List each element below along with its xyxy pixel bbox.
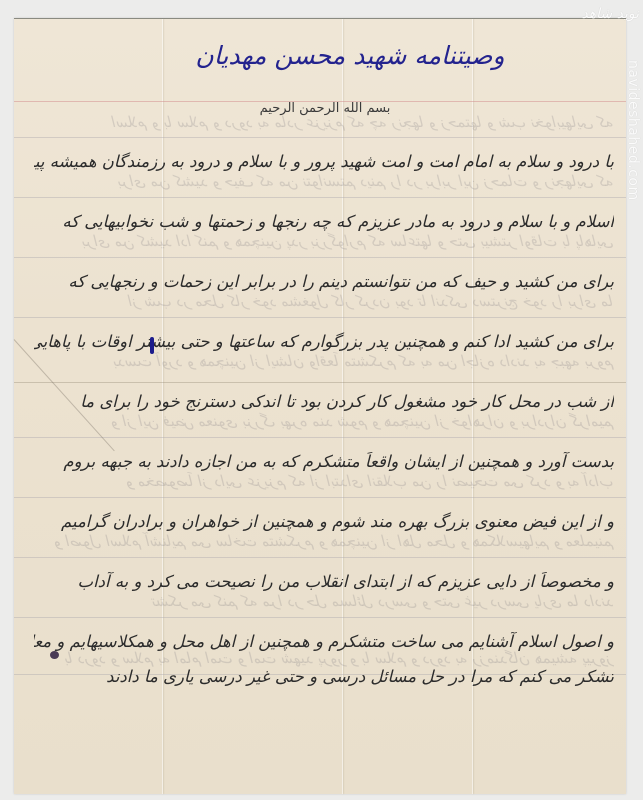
bleed-through-text: و مخصوصاً از دایی عزیزم که از ابتدای انق… [32, 472, 614, 490]
ruled-line [14, 557, 626, 558]
bleed-through-text: از شب در محل کار خود مشغول کار کردن بود … [32, 292, 614, 310]
watermark-logo: نوید شاهد [581, 6, 639, 22]
letter-line-9: و اصول اسلام آشنایم می ساخت متشکرم و همچ… [34, 632, 614, 651]
ink-blot [150, 337, 154, 354]
bleed-through-text: اسلام و با سلام و درود به مادر عزیزم که … [32, 113, 614, 131]
paper-fold [14, 382, 626, 383]
ruled-line [14, 437, 626, 438]
letter-line-10: تشکر می کنم که مرا در حل مسائل درسی و حت… [34, 667, 614, 686]
letter-line-2: اسلام و با سلام و درود به مادر عزیزم که … [34, 212, 614, 231]
ruled-line [14, 257, 626, 258]
letter-line-8: و مخصوصاً از دایی عزیزم که از ابتدای انق… [34, 572, 614, 591]
bleed-through-text: بدست آورد و همچنین از ایشان واقعاً متشکر… [32, 352, 614, 370]
letter-line-6: بدست آورد و همچنین از ایشان واقعاً متشکر… [34, 452, 614, 471]
ruled-line [14, 617, 626, 618]
bleed-through-text: و اصول اسلام آشنایم می ساخت متشکرم و همچ… [32, 532, 614, 550]
letter-line-3: برای من کشید و حیف که من نتوانستم دینم ر… [34, 272, 614, 291]
bleed-through-text: برای من کشید ادا کنم و همچنین پدر بزرگوا… [32, 232, 614, 250]
letter-title: وصیتنامه شهید محسن مهدیان [14, 41, 626, 70]
ink-blot [50, 651, 59, 659]
letter-line-1: با درود و سلام به امام امت و امت شهید پر… [34, 152, 614, 171]
ruled-line [14, 137, 626, 138]
letter-line-7: و از این فیض معنوی بزرگ بهره مند شوم و ه… [34, 512, 614, 531]
letter-line-4: برای من کشید ادا کنم و همچنین پدر بزرگوا… [34, 332, 614, 351]
bleed-through-text: تشکر می کنم که مرا در حل مسائل درسی و حت… [32, 592, 614, 610]
ruled-line [14, 317, 626, 318]
letter-page: وصیتنامه شهید محسن مهدیان بسم الله الرحم… [14, 18, 626, 794]
ruled-line [14, 497, 626, 498]
watermark-site: navideshahed.com [625, 60, 641, 201]
bleed-through-text: برای من کشید و حیف که من نتوانستم دینم ر… [32, 172, 614, 190]
letter-line-5: از شب در محل کار خود مشغول کار کردن بود … [34, 392, 614, 411]
bleed-through-text: با درود و سلام به امام امت و امت شهید پر… [32, 649, 614, 667]
bleed-through-text: و از این فیض معنوی بزرگ بهره مند شوم و ه… [32, 412, 614, 430]
ruled-line [14, 197, 626, 198]
